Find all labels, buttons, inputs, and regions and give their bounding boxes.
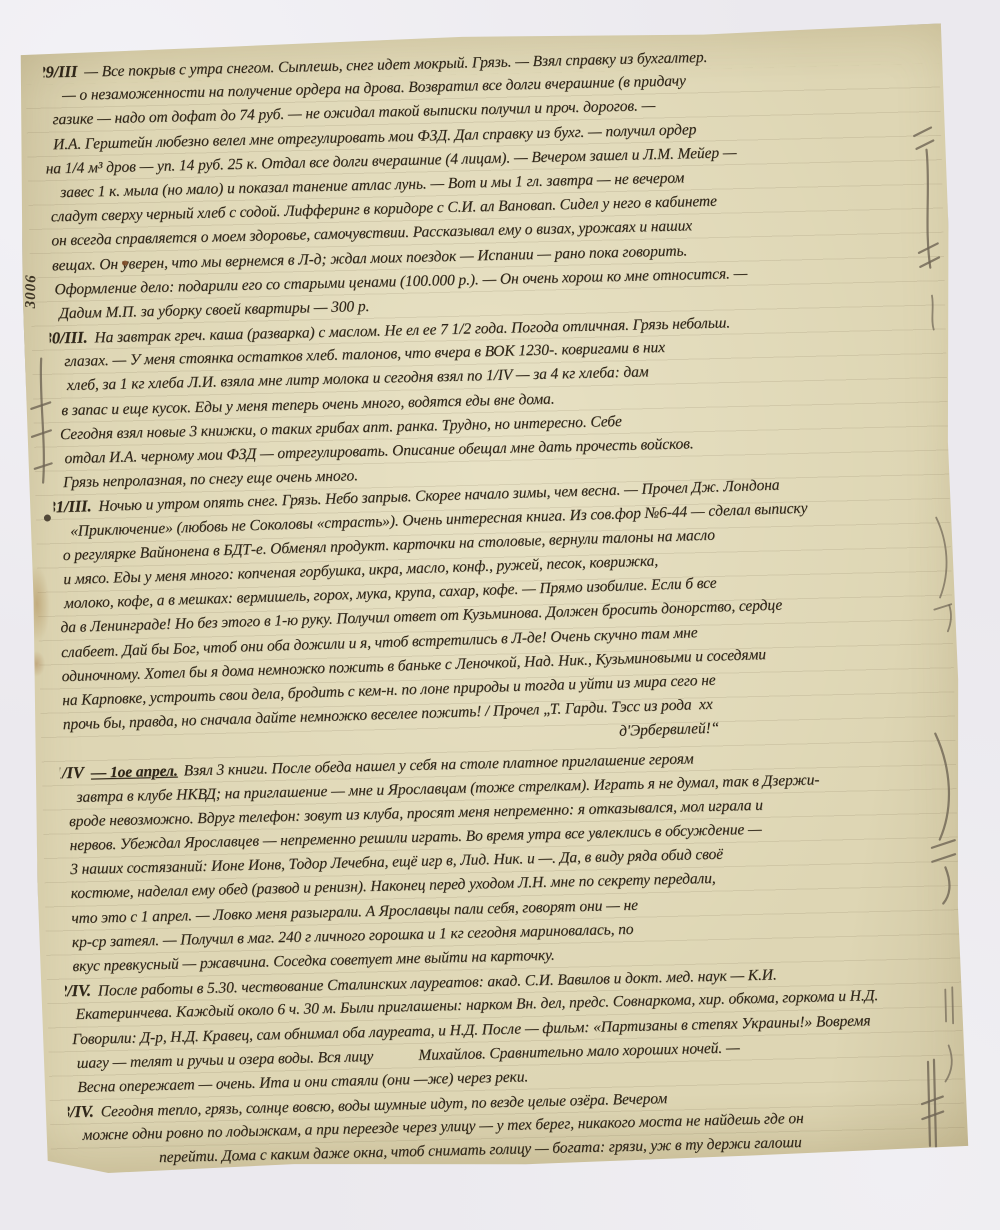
entry-date: 1/IV — [54, 763, 91, 783]
entry-heading: — 1ое апрел. — [91, 763, 184, 782]
pencil-mark-curve-right-middle — [926, 511, 959, 636]
entry-date: 2/IV. — [59, 981, 98, 1001]
entry-date: 3/IV. — [62, 1101, 101, 1121]
paper-sheet: 3006 29/III— Все покрыв с утра снегом. С… — [17, 23, 971, 1177]
entry-date: 31/III. — [47, 496, 98, 517]
bullet-dot-left — [44, 514, 51, 521]
scan-background: 3006 29/III— Все покрыв с утра снегом. С… — [0, 0, 1000, 1230]
handwriting-lines: 29/III— Все покрыв с утра снегом. Сыплеш… — [43, 39, 963, 1170]
pencil-mark-brace-right-lower — [923, 725, 963, 908]
pencil-mark-cross-left — [26, 350, 57, 495]
stain — [23, 564, 51, 643]
pencil-mark-double-tick-bottom-right — [917, 1056, 947, 1155]
entry-date: 30/III. — [43, 327, 94, 347]
pencil-mark-tick-right-upper — [925, 291, 940, 333]
pencil-mark-double-tick-right-top — [905, 115, 945, 288]
entry-date: 29/III — [43, 62, 84, 82]
handwriting-text: д'Эрбервилей!“ — [619, 720, 720, 740]
edge-number: 3006 — [23, 274, 40, 308]
stain — [27, 651, 46, 677]
handwriting-text: Дадим М.П. за уборку своей квартиры — 30… — [59, 298, 370, 322]
